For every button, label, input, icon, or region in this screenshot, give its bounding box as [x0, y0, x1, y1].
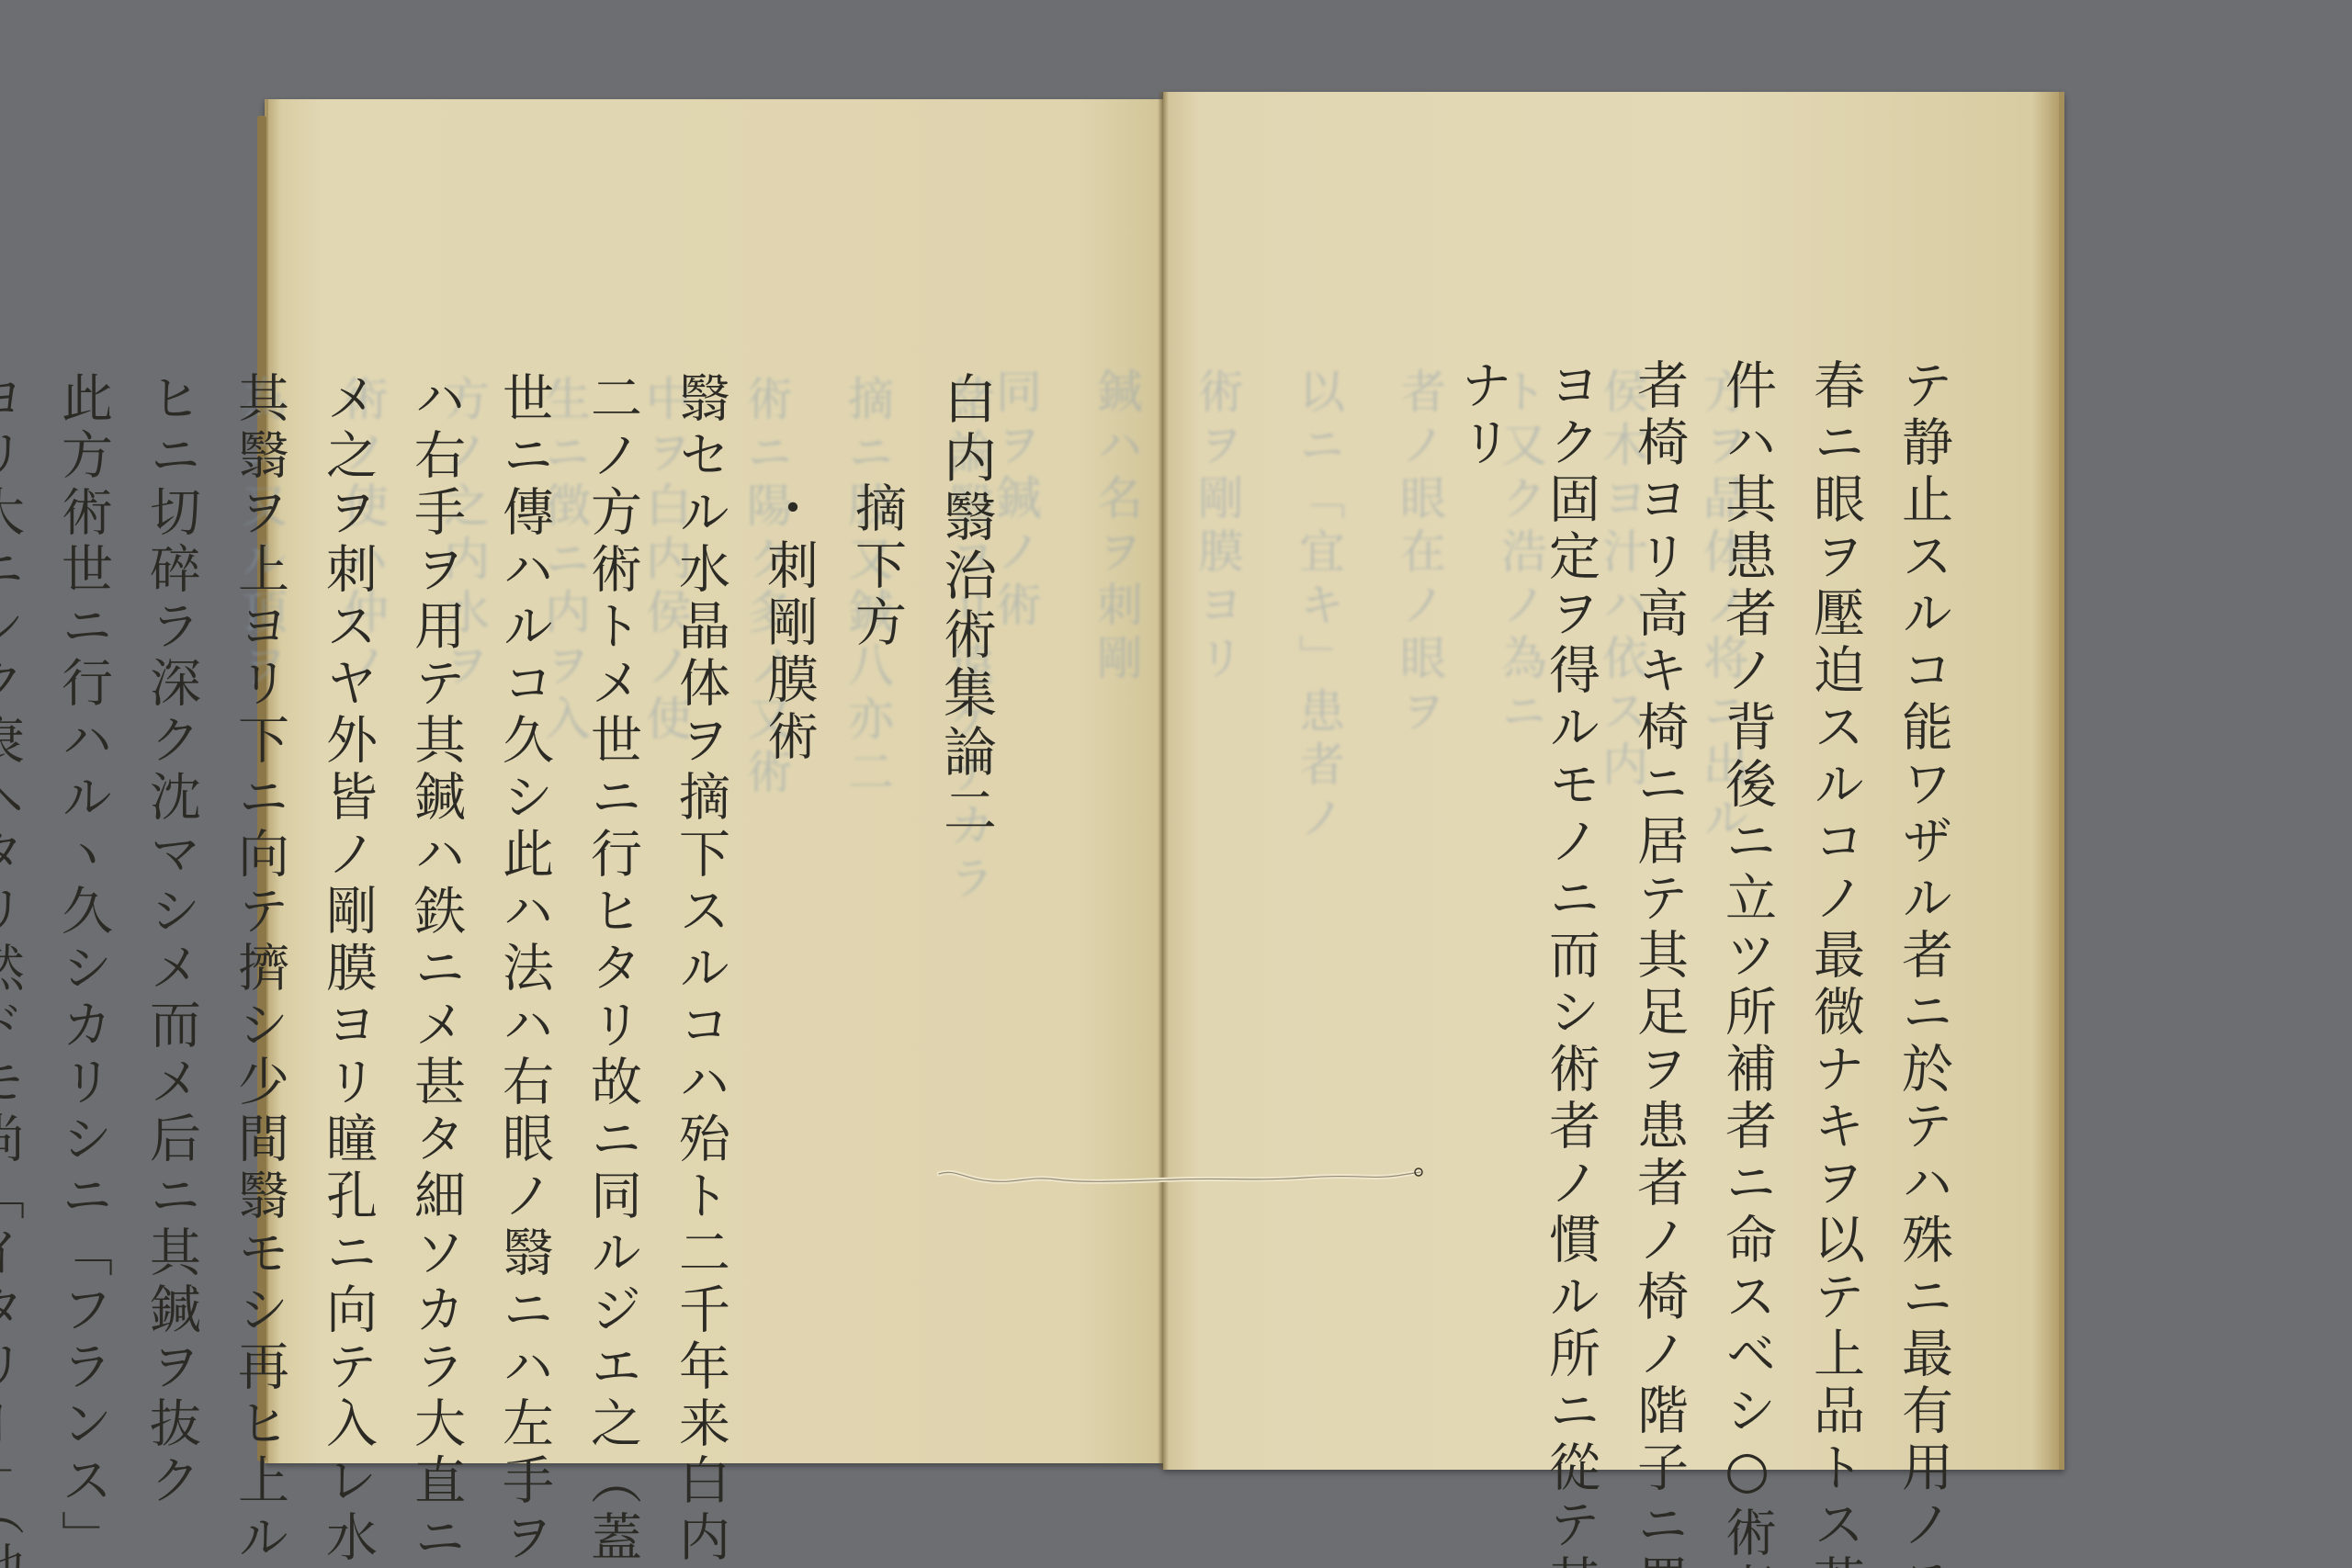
right-page: 方ヲ晶体ノ将ニ出ル 侯木ヨ汁ハ依ス内 ト又ク浩ノ為ニ 者ノ眼在ノ眼ヲ 以ニ「宜キ…	[1163, 92, 2064, 1470]
text-column: ヒニ切碎ラ深ク沈マシメ而メ后ニ其鍼ヲ抜ク	[145, 371, 197, 1409]
text-column: 其翳ヲ上ヨリ下ニ向テ擠シ少間翳モシ再ヒ上ルコアルトキハ之ヲ数	[233, 371, 285, 1409]
text-column: 二ノ方術トメ世ニ行ヒタリ故ニ同ルジエ之（蓋シ此方ヲ発見スル人）ヲ如ノ方術著書	[586, 371, 638, 1409]
text-column: ハ右手ヲ用テ其鍼ハ鉄ニメ甚タ細ソカラ大直ニメ両側ニ刃アリ而	[410, 371, 461, 1409]
text-column: 春ニ眼ヲ壓迫スルコノ最微ナキヲ以テ上品トス若シ此ヲ用ヒントスル	[1809, 358, 1860, 1369]
left-page-text: 白内翳治術集論二 摘下方 ・刺剛膜術 翳セル水晶体ヲ摘下スルコハ殆ト二千年来白内…	[0, 371, 992, 1409]
binding-thread	[937, 1167, 1424, 1190]
right-page-text: テ静止スルコ能ワザル者ニ於テハ殊ニ最有用ノモノナリ但シ此 春ニ眼ヲ壓迫スルコノ最…	[1419, 358, 1949, 1369]
subsection-heading: ・刺剛膜術	[763, 371, 814, 1409]
text-column: メ之ヲ刺スヤ外皆ノ剛膜ヨリ瞳孔ニ向テ入レ水晶体ノ処ニ至テ	[322, 371, 373, 1409]
section-heading: 摘下方	[851, 371, 902, 1409]
text-column: 此方術世ニ行ハルヽ久シカリシニ「フランス」（地名）ニ於テ剔出ノ方ヲ発明セシ	[57, 371, 108, 1409]
text-column: ヨリ大ニシク衰ヘタリ然ドモ尚「イタリー」（地名）及ビ此國ニ於テハ盛ニシテ之ヲ	[0, 371, 20, 1409]
text-column: ナリ	[1456, 358, 1508, 1369]
text-column: テ静止スルコ能ワザル者ニ於テハ殊ニ最有用ノモノナリ但シ此	[1897, 358, 1949, 1369]
book-gutter	[1158, 92, 1169, 1470]
text-column: 翳セル水晶体ヲ摘下スルコハ殆ト二千年来白内翳ヲ治スル無	[674, 371, 726, 1409]
text-column: ヨク固定ヲ得ルモノニ而シ術者ノ慣ル所ニ從テ其宜ヲ得ベキ	[1544, 358, 1596, 1369]
text-column: 者椅ヨリ高キ椅ニ居テ其足ヲ患者ノ椅ノ階子ニ置ヘシ其手	[1633, 358, 1684, 1369]
text-column: 世ニ傳ハルコ久シ此ハ法ハ右眼ノ翳ニハ左手ヲ用ヒ左眼ノ翳ニ	[498, 371, 549, 1409]
open-book: 緒論翳ヨリ遠ケナカラ 摘ニ肢又鍼八亦二 術ニ陽ク多ノ又術 中ヲ白内侯ノ使 生ニ徴…	[265, 92, 2065, 1470]
text-column: 件ハ其患者ノ背後ニ立ツ所補者ニ命スベシ○術者ハ宜ク患	[1721, 358, 1772, 1369]
